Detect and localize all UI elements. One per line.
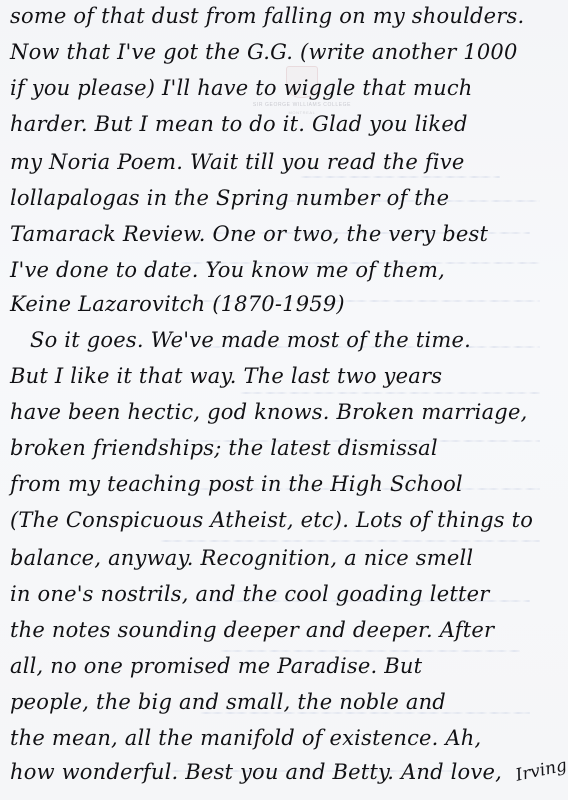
letter-line: Now that I've got the G.G. (write anothe… (10, 40, 518, 64)
letter-line: all, no one promised me Paradise. But (10, 654, 422, 678)
letter-line: in one's nostrils, and the cool goading … (10, 582, 490, 606)
letter-line: Keine Lazarovitch (1870-1959) (10, 292, 345, 316)
letter-line: balance, anyway. Recognition, a nice sme… (10, 546, 473, 570)
letter-line: some of that dust from falling on my sho… (10, 4, 524, 28)
letter-line: the notes sounding deeper and deeper. Af… (10, 618, 494, 642)
letterhead-college-name: SIR GEORGE WILLIAMS COLLEGE (232, 102, 372, 108)
letter-line: from my teaching post in the High School (10, 472, 463, 496)
letter-line: lollapalogas in the Spring number of the (10, 186, 449, 210)
letter-line: harder. But I mean to do it. Glad you li… (10, 112, 468, 136)
letter-line: how wonderful. Best you and Betty. And l… (10, 760, 502, 784)
letter-line: people, the big and small, the noble and (10, 690, 446, 714)
letter-page: SIR GEORGE WILLIAMS COLLEGE MONTREAL som… (0, 0, 568, 800)
letter-line: if you please) I'll have to wiggle that … (10, 76, 473, 100)
letter-line: So it goes. We've made most of the time. (30, 328, 471, 352)
letter-line: Tamarack Review. One or two, the very be… (10, 222, 488, 246)
letter-line: broken friendships; the latest dismissal (10, 436, 438, 460)
letter-line: But I like it that way. The last two yea… (10, 364, 442, 388)
signature: Irving (514, 755, 568, 785)
letter-line: my Noria Poem. Wait till you read the fi… (10, 150, 464, 174)
letter-line: have been hectic, god knows. Broken marr… (10, 400, 527, 424)
letter-line: I've done to date. You know me of them, (10, 258, 445, 282)
letter-line: the mean, all the manifold of existence.… (10, 726, 481, 750)
letter-line: (The Conspicuous Atheist, etc). Lots of … (10, 508, 533, 532)
